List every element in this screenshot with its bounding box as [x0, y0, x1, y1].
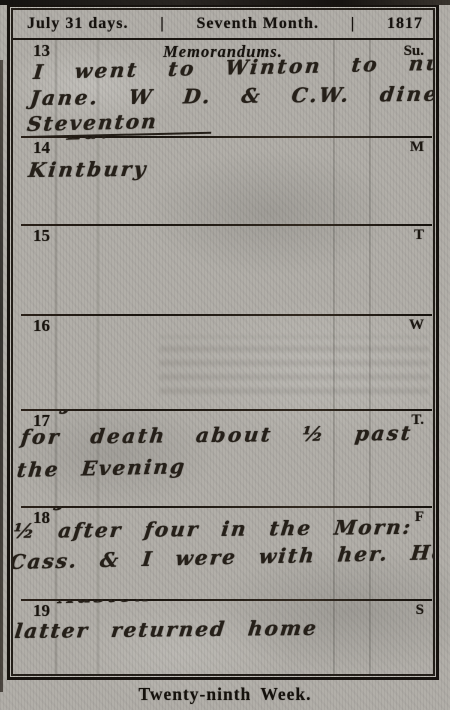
handwriting-line: latter returned home	[13, 610, 429, 648]
handwritten-entry: Ed: returned from Kintbury	[13, 136, 433, 188]
week-footer-label: Twenty-ninth Week.	[0, 684, 450, 705]
date-number: 16	[33, 316, 50, 336]
day-row-13: 13 Memorandums. Su. I went to Winton to …	[13, 40, 433, 136]
diary-page-inner-border: July 31 days. | Seventh Month. | 1817 13…	[11, 8, 435, 676]
header-month-name: Seventh Month.	[197, 15, 319, 33]
day-row-14: 14 M Ed: returned from Kintbury	[13, 136, 433, 224]
scanned-page-background: July 31 days. | Seventh Month. | 1817 13…	[0, 0, 450, 710]
day-row-16: 16 W	[13, 314, 433, 409]
handwritten-entry: Jane breathed her last ½ after four in t…	[13, 506, 433, 578]
scan-edge-shadow-left	[0, 60, 3, 692]
weekday-letter: W	[409, 317, 424, 334]
handwritten-entry: Austen & Ed – came. the latter returned …	[13, 599, 433, 648]
handwritten-entry: I went to Winton to nurse Jane. W D. & C…	[13, 59, 433, 136]
day-row-18: 18 F Jane breathed her last ½ after four…	[13, 506, 433, 599]
day-row-15: 15 T	[13, 224, 433, 314]
header-month-days: July 31 days.	[27, 15, 128, 33]
header-year: 1817	[387, 15, 423, 33]
calendar-header: July 31 days. | Seventh Month. | 1817	[13, 10, 433, 40]
diary-page-frame: July 31 days. | Seventh Month. | 1817 13…	[7, 4, 439, 680]
header-divider: |	[158, 15, 167, 33]
handwritten-entry: Jane Austen was taken for death about ½ …	[13, 409, 433, 487]
weekday-letter: T	[414, 227, 424, 244]
day-row-17: 17 T. Jane Austen was taken for death ab…	[13, 409, 433, 506]
date-number: 15	[33, 226, 50, 246]
underlined-word: Steventon	[26, 108, 214, 136]
bleed-through-text	[159, 336, 429, 394]
day-row-19: 19 S Austen & Ed – came. the latter retu…	[13, 599, 433, 674]
scan-edge-shadow-top	[0, 0, 450, 5]
handwriting-line: Kintbury	[26, 148, 429, 188]
day-rows: 13 Memorandums. Su. I went to Winton to …	[13, 40, 433, 674]
header-divider: |	[349, 15, 358, 33]
